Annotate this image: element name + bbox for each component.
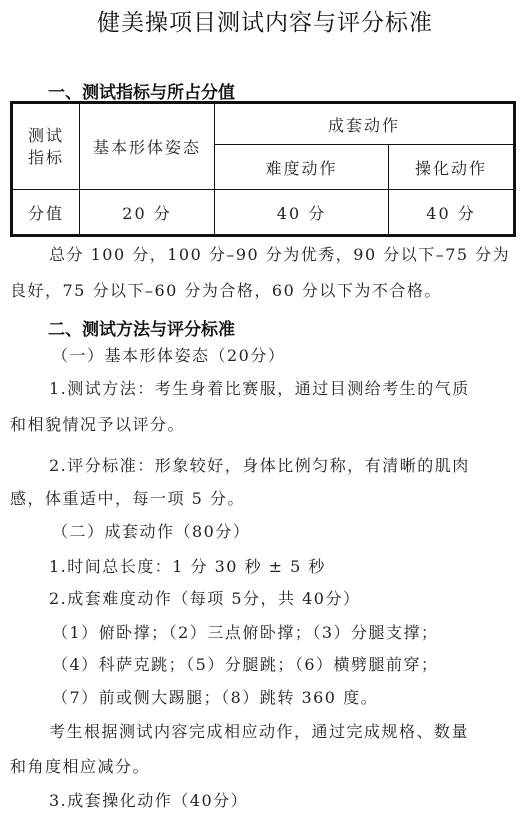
- header-difficulty-moves: 难度动作: [215, 145, 389, 190]
- header-routine: 成套动作: [215, 103, 515, 145]
- header-aerobic-moves: 操化动作: [389, 145, 515, 190]
- score-aerobic: 40 分: [389, 190, 515, 236]
- score-table: 测试 指标 基本形体姿态 成套动作 难度动作 操化动作 分值 20 分 40 分…: [10, 101, 516, 237]
- header-test-indicator-line2: 指标: [28, 148, 64, 167]
- score-basic-posture: 20 分: [80, 190, 215, 236]
- part1-item1-line2: 和相貌情况予以评分。: [10, 417, 510, 433]
- header-test-indicator-line1: 测试: [28, 126, 64, 145]
- part2-heading: （二）成套动作（80分）: [52, 524, 530, 540]
- note-line2: 和角度相应减分。: [10, 759, 510, 775]
- part1-item1-line1: 1.测试方法：考生身着比赛服，通过目测给考生的气质: [49, 381, 530, 397]
- document-title: 健美操项目测试内容与评分标准: [0, 4, 530, 37]
- moves-line1: （1）俯卧撑；（2）三点俯卧撑；（3）分腿支撑；: [52, 625, 530, 641]
- summary-line2: 良好，75 分以下–60 分为合格，60 分以下为不合格。: [10, 283, 510, 299]
- score-difficulty: 40 分: [215, 190, 389, 236]
- section1-heading: 一、测试指标与所占分值: [48, 78, 235, 103]
- part2-item3: 3.成套操化动作（40分）: [49, 793, 530, 809]
- moves-line3: （7）前或侧大踢腿；（8）跳转 360 度。: [52, 690, 530, 706]
- part2-item2: 2.成套难度动作（每项 5分，共 40分）: [49, 591, 530, 607]
- row-label-score: 分值: [12, 190, 80, 236]
- part1-item2-line1: 2.评分标准：形象较好，身体比例匀称，有清晰的肌肉: [49, 458, 530, 474]
- part1-item2-line2: 感，体重适中，每一项 5 分。: [10, 491, 510, 507]
- note-line1: 考生根据测试内容完成相应动作，通过完成规格、数量: [49, 724, 530, 740]
- summary-line1: 总分 100 分，100 分–90 分为优秀，90 分以下–75 分为: [49, 247, 530, 263]
- section2-heading: 二、测试方法与评分标准: [48, 315, 235, 340]
- header-basic-posture: 基本形体姿态: [80, 103, 215, 190]
- header-test-indicator: 测试 指标: [12, 103, 80, 190]
- part2-item1: 1.时间总长度：1 分 30 秒 ± 5 秒: [49, 559, 530, 575]
- part1-heading: （一）基本形体姿态（20分）: [52, 348, 530, 364]
- moves-line2: （4）科萨克跳；（5）分腿跳；（6）横劈腿前穿；: [52, 657, 530, 673]
